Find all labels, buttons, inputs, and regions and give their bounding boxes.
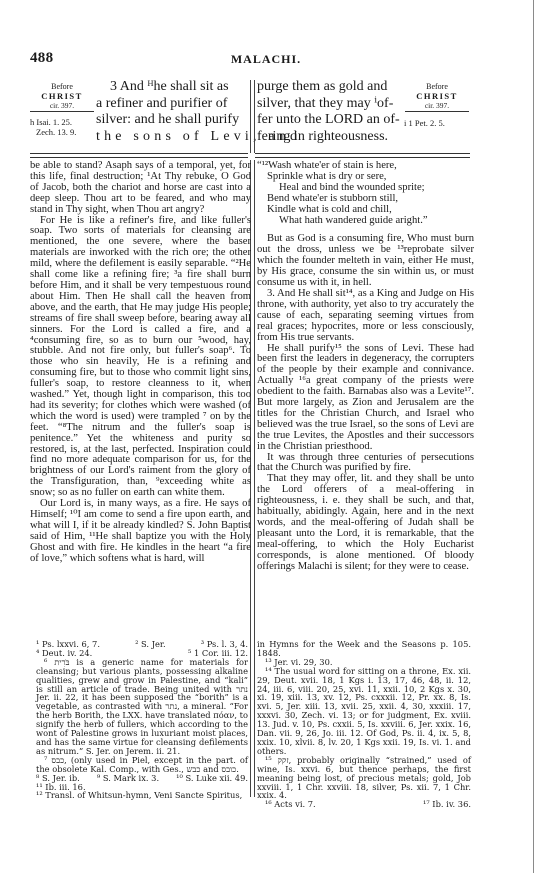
footnote: ⁷ כבס, (only used in Piel, except in the… bbox=[36, 756, 248, 774]
footnote: ¹⁶ Acts vi. 7. bbox=[257, 800, 316, 809]
hymn-line: Bend whate'er is stubborn still, bbox=[257, 194, 474, 205]
margin-date-christ: CHRIST bbox=[30, 92, 94, 101]
footnote: ⁹ S. Mark ix. 3. bbox=[97, 774, 159, 783]
marginal-ref-line: h Isai. 1. 25. bbox=[30, 117, 76, 127]
commentary-paragraph: Our Lord is, in many ways, as a fire. He… bbox=[30, 499, 251, 564]
footnote-refs-row: ¹⁶ Acts vi. 7. ¹⁷ Ib. iv. 36. bbox=[257, 800, 471, 809]
hymn-line: Kindle what is cold and chill, bbox=[257, 205, 474, 216]
scripture-line: silver, that they may ⁱof- bbox=[257, 96, 402, 113]
footnote: ¹⁷ Ib. iv. 36. bbox=[423, 800, 471, 809]
commentary-paragraph: That they may offer, lit. and they shall… bbox=[257, 474, 474, 572]
marginal-reference-left: h Isai. 1. 25. Zech. 13. 9. bbox=[30, 117, 76, 137]
footnote: in Hymns for the Week and the Seasons p.… bbox=[257, 640, 471, 658]
commentary-left-column: be able to stand? Asaph says of a tempor… bbox=[30, 161, 251, 565]
commentary-paragraph: He shall purify¹⁵ the sons of Levi. Thes… bbox=[257, 344, 474, 453]
margin-date-right: Before CHRIST cir. 397. bbox=[405, 83, 469, 112]
commentary-right-column: “¹²Wash whate'er of stain is here, Sprin… bbox=[257, 161, 474, 573]
footnotes-right: in Hymns for the Week and the Seasons p.… bbox=[257, 640, 471, 809]
scripture-line: the sons of Levi, and bbox=[96, 129, 246, 146]
column-divider bbox=[250, 637, 255, 797]
footnotes-left: ¹ Ps. lxxvi. 6, 7. ² S. Jer. ³ Ps. l. 3,… bbox=[36, 640, 248, 800]
scripture-right: purge them as gold and silver, that they… bbox=[257, 79, 402, 145]
hymn-line: What hath wandered guide aright.” bbox=[257, 216, 474, 227]
marginal-ref-line: Zech. 13. 9. bbox=[30, 127, 76, 137]
commentary-paragraph: For He is like a refiner's fire, and lik… bbox=[30, 216, 251, 500]
running-title: MALACHI. bbox=[30, 52, 502, 67]
margin-date-before: Before bbox=[30, 83, 94, 91]
scripture-line: a refiner and purifier of bbox=[96, 96, 246, 113]
margin-date-cir: cir. 397. bbox=[405, 102, 469, 110]
margin-date-left: Before CHRIST cir. 397. bbox=[30, 83, 94, 112]
scripture-line: 3 And ᴴhe shall sit as bbox=[96, 79, 246, 96]
page-edge-line bbox=[533, 0, 534, 873]
column-divider bbox=[250, 80, 255, 153]
footnote: ² S. Jer. bbox=[135, 640, 166, 649]
commentary-paragraph: But as God is a consuming fire, Who must… bbox=[257, 234, 474, 289]
section-rule bbox=[30, 153, 248, 158]
footnote: ¹² Transl. of Whitsun-hymn, Veni Sancte … bbox=[36, 791, 248, 800]
page-header: 488 MALACHI. bbox=[30, 50, 502, 70]
commentary-paragraph: 3. And He shall sit¹⁴, as a King and Jud… bbox=[257, 289, 474, 344]
scripture-line: fer unto the LORD an of- bbox=[257, 112, 402, 129]
section-rule bbox=[255, 153, 470, 158]
commentary-paragraph: It was through three centuries of persec… bbox=[257, 453, 474, 475]
scripture-line: silver: and he shall purify bbox=[96, 112, 246, 129]
marginal-reference-right: i 1 Pet. 2. 5. bbox=[404, 118, 445, 128]
commentary-paragraph: be able to stand? Asaph says of a tempor… bbox=[30, 161, 251, 216]
scripture-line: purge them as gold and bbox=[257, 79, 402, 96]
margin-date-cir: cir. 397. bbox=[30, 102, 94, 110]
margin-date-christ: CHRIST bbox=[405, 92, 469, 101]
footnote: ¹⁰ S. Luke xii. 49. bbox=[176, 774, 248, 783]
scripture-left: 3 And ᴴhe shall sit as a refiner and pur… bbox=[96, 79, 246, 145]
hymn-quote: “¹²Wash whate'er of stain is here, Sprin… bbox=[257, 161, 474, 226]
footnote: ¹⁴ The usual word for sitting on a thron… bbox=[257, 667, 471, 756]
footnote: ¹⁵ זקק, probably originally “strained,” … bbox=[257, 756, 471, 801]
margin-date-before: Before bbox=[405, 83, 469, 91]
footnote: ⁶ בֹּרִית is a generic name for material… bbox=[36, 658, 248, 756]
scripture-line: fering in righteousness. bbox=[257, 129, 402, 146]
